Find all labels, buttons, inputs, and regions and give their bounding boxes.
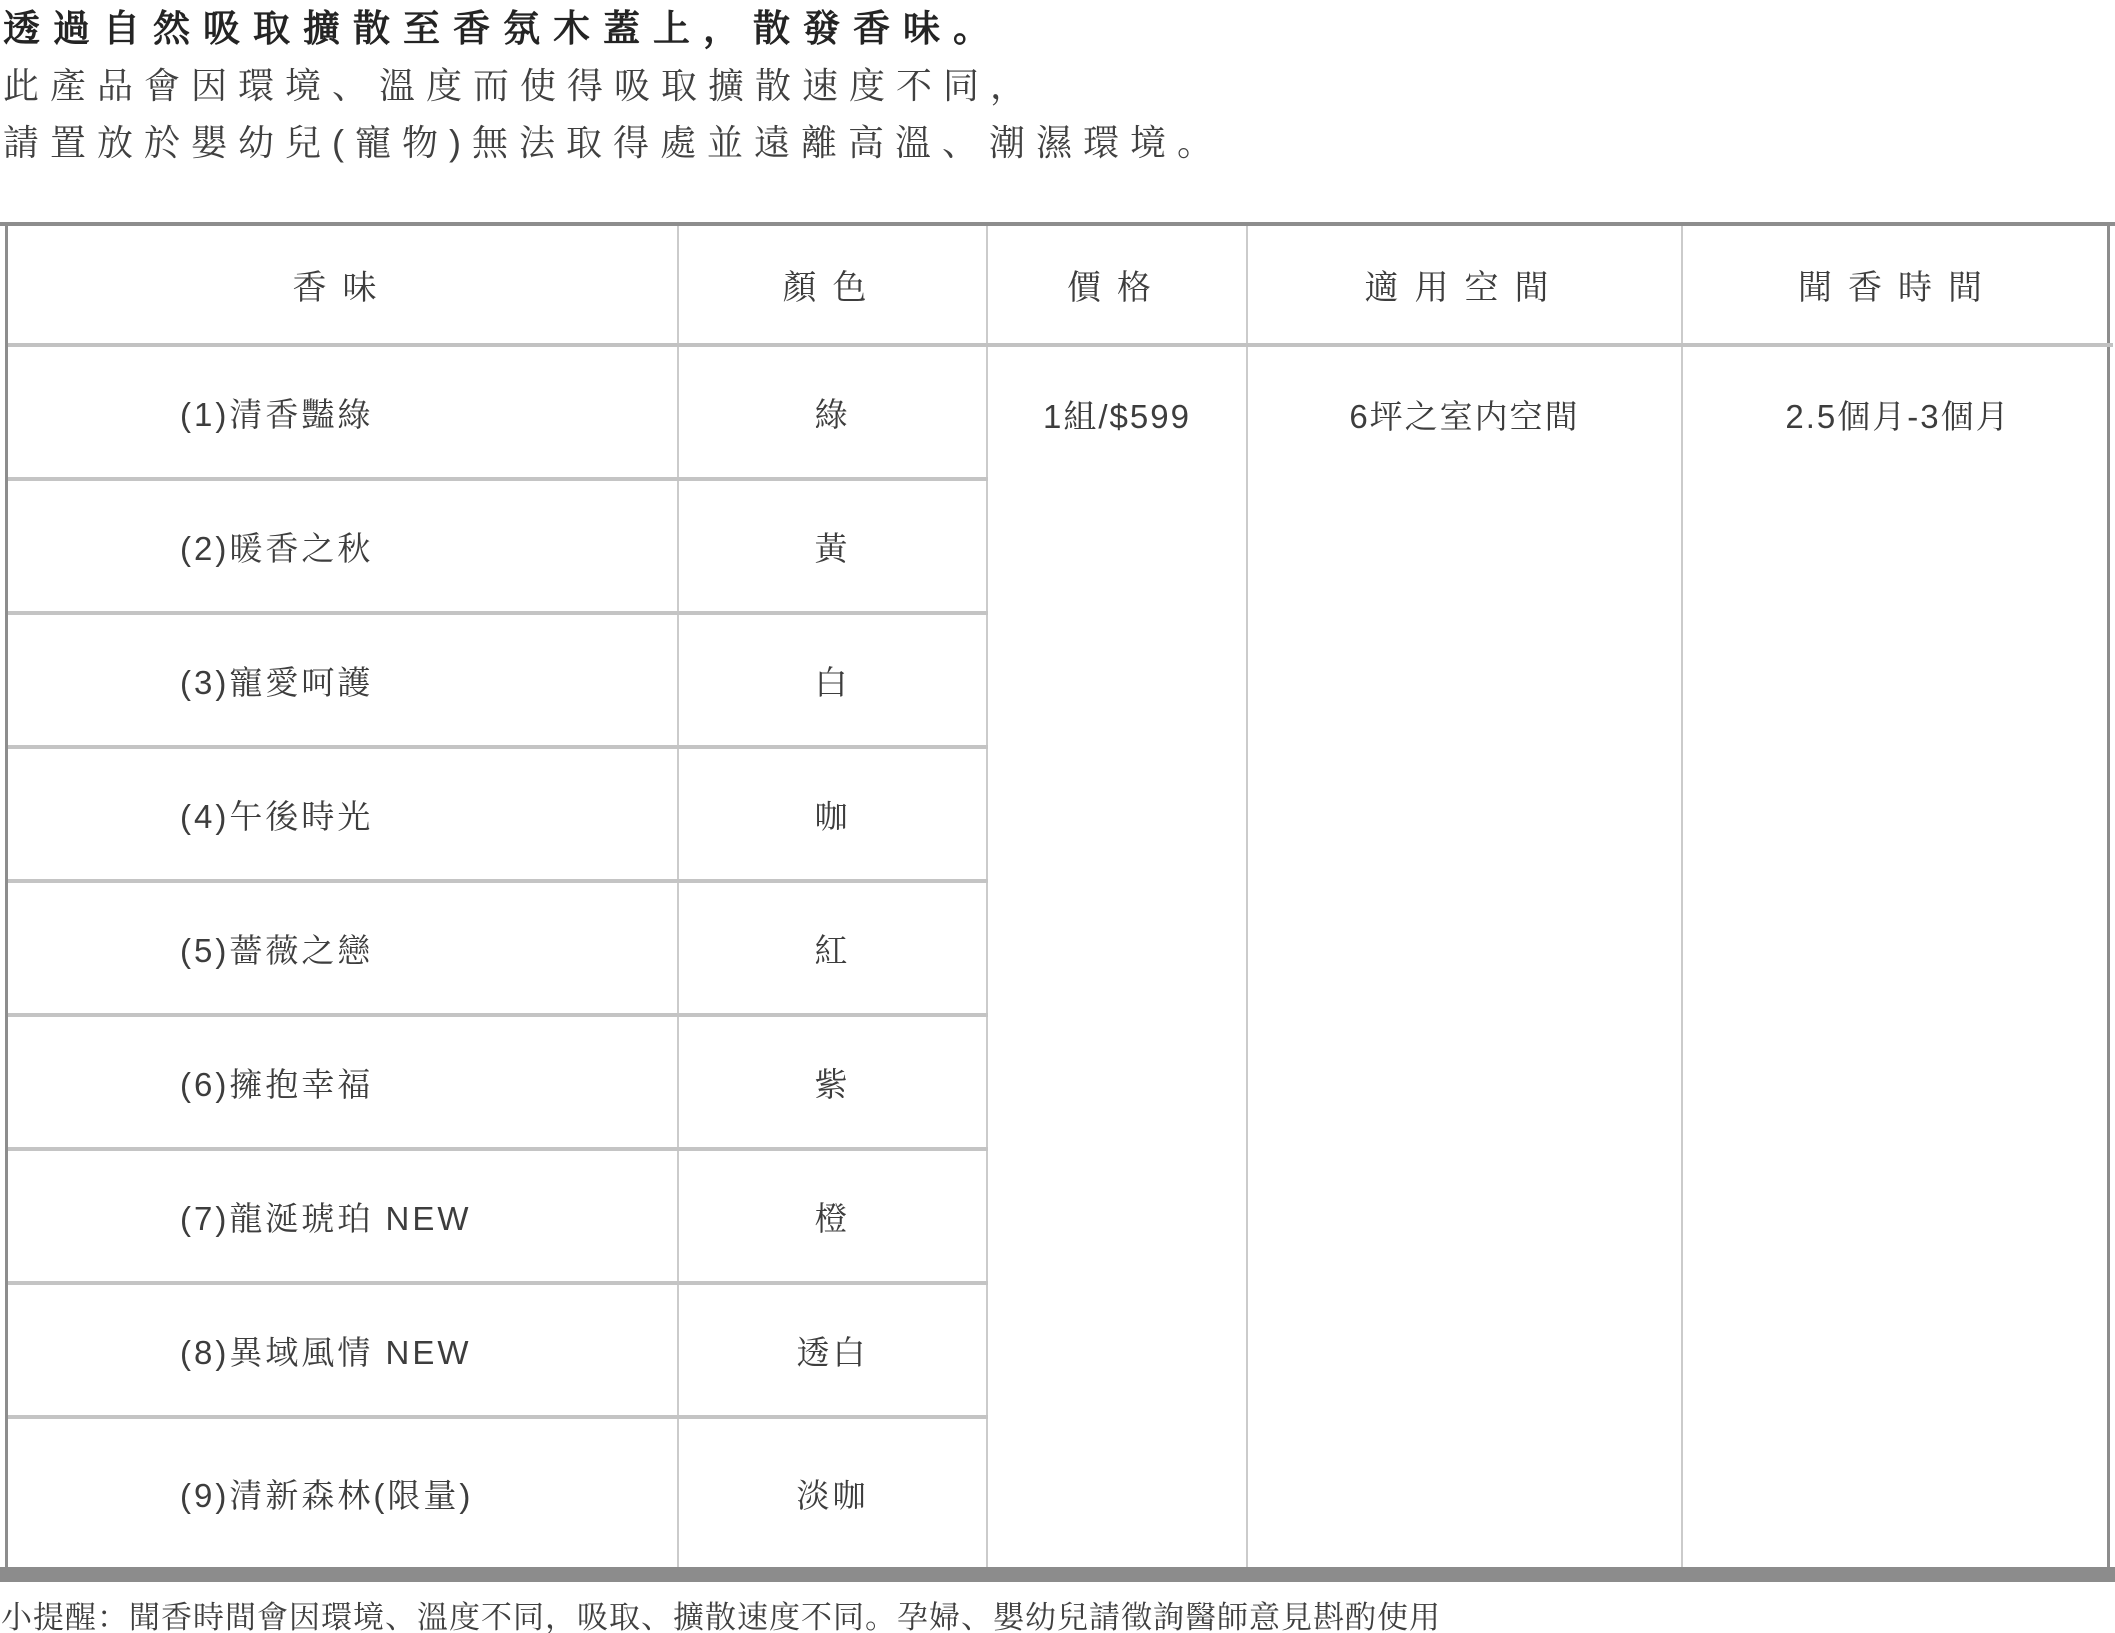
color-cell-2: 黃	[678, 479, 987, 613]
price-cell: 1組/$599	[987, 345, 1247, 1567]
scent-cell-5: (5)薔薇之戀	[8, 881, 678, 1015]
footnote: 小提醒：聞香時間會因環境、溫度不同，吸取、擴散速度不同。孕婦、嬰幼兒請徵詢醫師意…	[1, 1592, 1441, 1633]
color-cell-6: 紫	[678, 1015, 987, 1149]
header-duration: 聞香時間	[1682, 226, 2113, 345]
intro-text-block: 透過自然吸取擴散至香氛木蓋上，散發香味。 此產品會因環境、溫度而使得吸取擴散速度…	[3, 0, 1224, 171]
product-table-section: 香味 顏色 價格 適用空間 聞香時間 (1)清香豔綠 綠 1組/$599 6坪之…	[0, 222, 2115, 1582]
intro-line-1: 透過自然吸取擴散至香氛木蓋上，散發香味。	[3, 0, 1224, 57]
product-table: 香味 顏色 價格 適用空間 聞香時間 (1)清香豔綠 綠 1組/$599 6坪之…	[8, 226, 2113, 1567]
color-cell-1: 綠	[678, 345, 987, 479]
scent-cell-1: (1)清香豔綠	[8, 345, 678, 479]
scent-cell-6: (6)擁抱幸福	[8, 1015, 678, 1149]
scent-cell-9: (9)清新森林(限量)	[8, 1417, 678, 1567]
header-space: 適用空間	[1247, 226, 1682, 345]
color-cell-8: 透白	[678, 1283, 987, 1417]
space-cell: 6坪之室内空間	[1247, 345, 1682, 1567]
intro-line-2: 此產品會因環境、溫度而使得吸取擴散速度不同，	[3, 57, 1224, 114]
scent-cell-4: (4)午後時光	[8, 747, 678, 881]
duration-cell: 2.5個月-3個月	[1682, 345, 2113, 1567]
color-cell-7: 橙	[678, 1149, 987, 1283]
color-cell-3: 白	[678, 613, 987, 747]
product-info-page: 透過自然吸取擴散至香氛木蓋上，散發香味。 此產品會因環境、溫度而使得吸取擴散速度…	[0, 0, 2115, 1633]
header-scent: 香味	[8, 226, 678, 345]
scent-cell-7: (7)龍涎琥珀 NEW	[8, 1149, 678, 1283]
color-cell-5: 紅	[678, 881, 987, 1015]
header-row: 香味 顏色 價格 適用空間 聞香時間	[8, 226, 2113, 345]
header-color: 顏色	[678, 226, 987, 345]
table-wrap: 香味 顏色 價格 適用空間 聞香時間 (1)清香豔綠 綠 1組/$599 6坪之…	[5, 226, 2110, 1567]
header-price: 價格	[987, 226, 1247, 345]
scent-cell-3: (3)寵愛呵護	[8, 613, 678, 747]
scent-cell-8: (8)異域風情 NEW	[8, 1283, 678, 1417]
color-cell-9: 淡咖	[678, 1417, 987, 1567]
color-cell-4: 咖	[678, 747, 987, 881]
table-row: (1)清香豔綠 綠 1組/$599 6坪之室内空間 2.5個月-3個月	[8, 345, 2113, 479]
scent-cell-2: (2)暖香之秋	[8, 479, 678, 613]
table-bottom-bar	[0, 1567, 2115, 1582]
intro-line-3: 請置放於嬰幼兒(寵物)無法取得處並遠離高溫、潮濕環境。	[3, 114, 1224, 171]
